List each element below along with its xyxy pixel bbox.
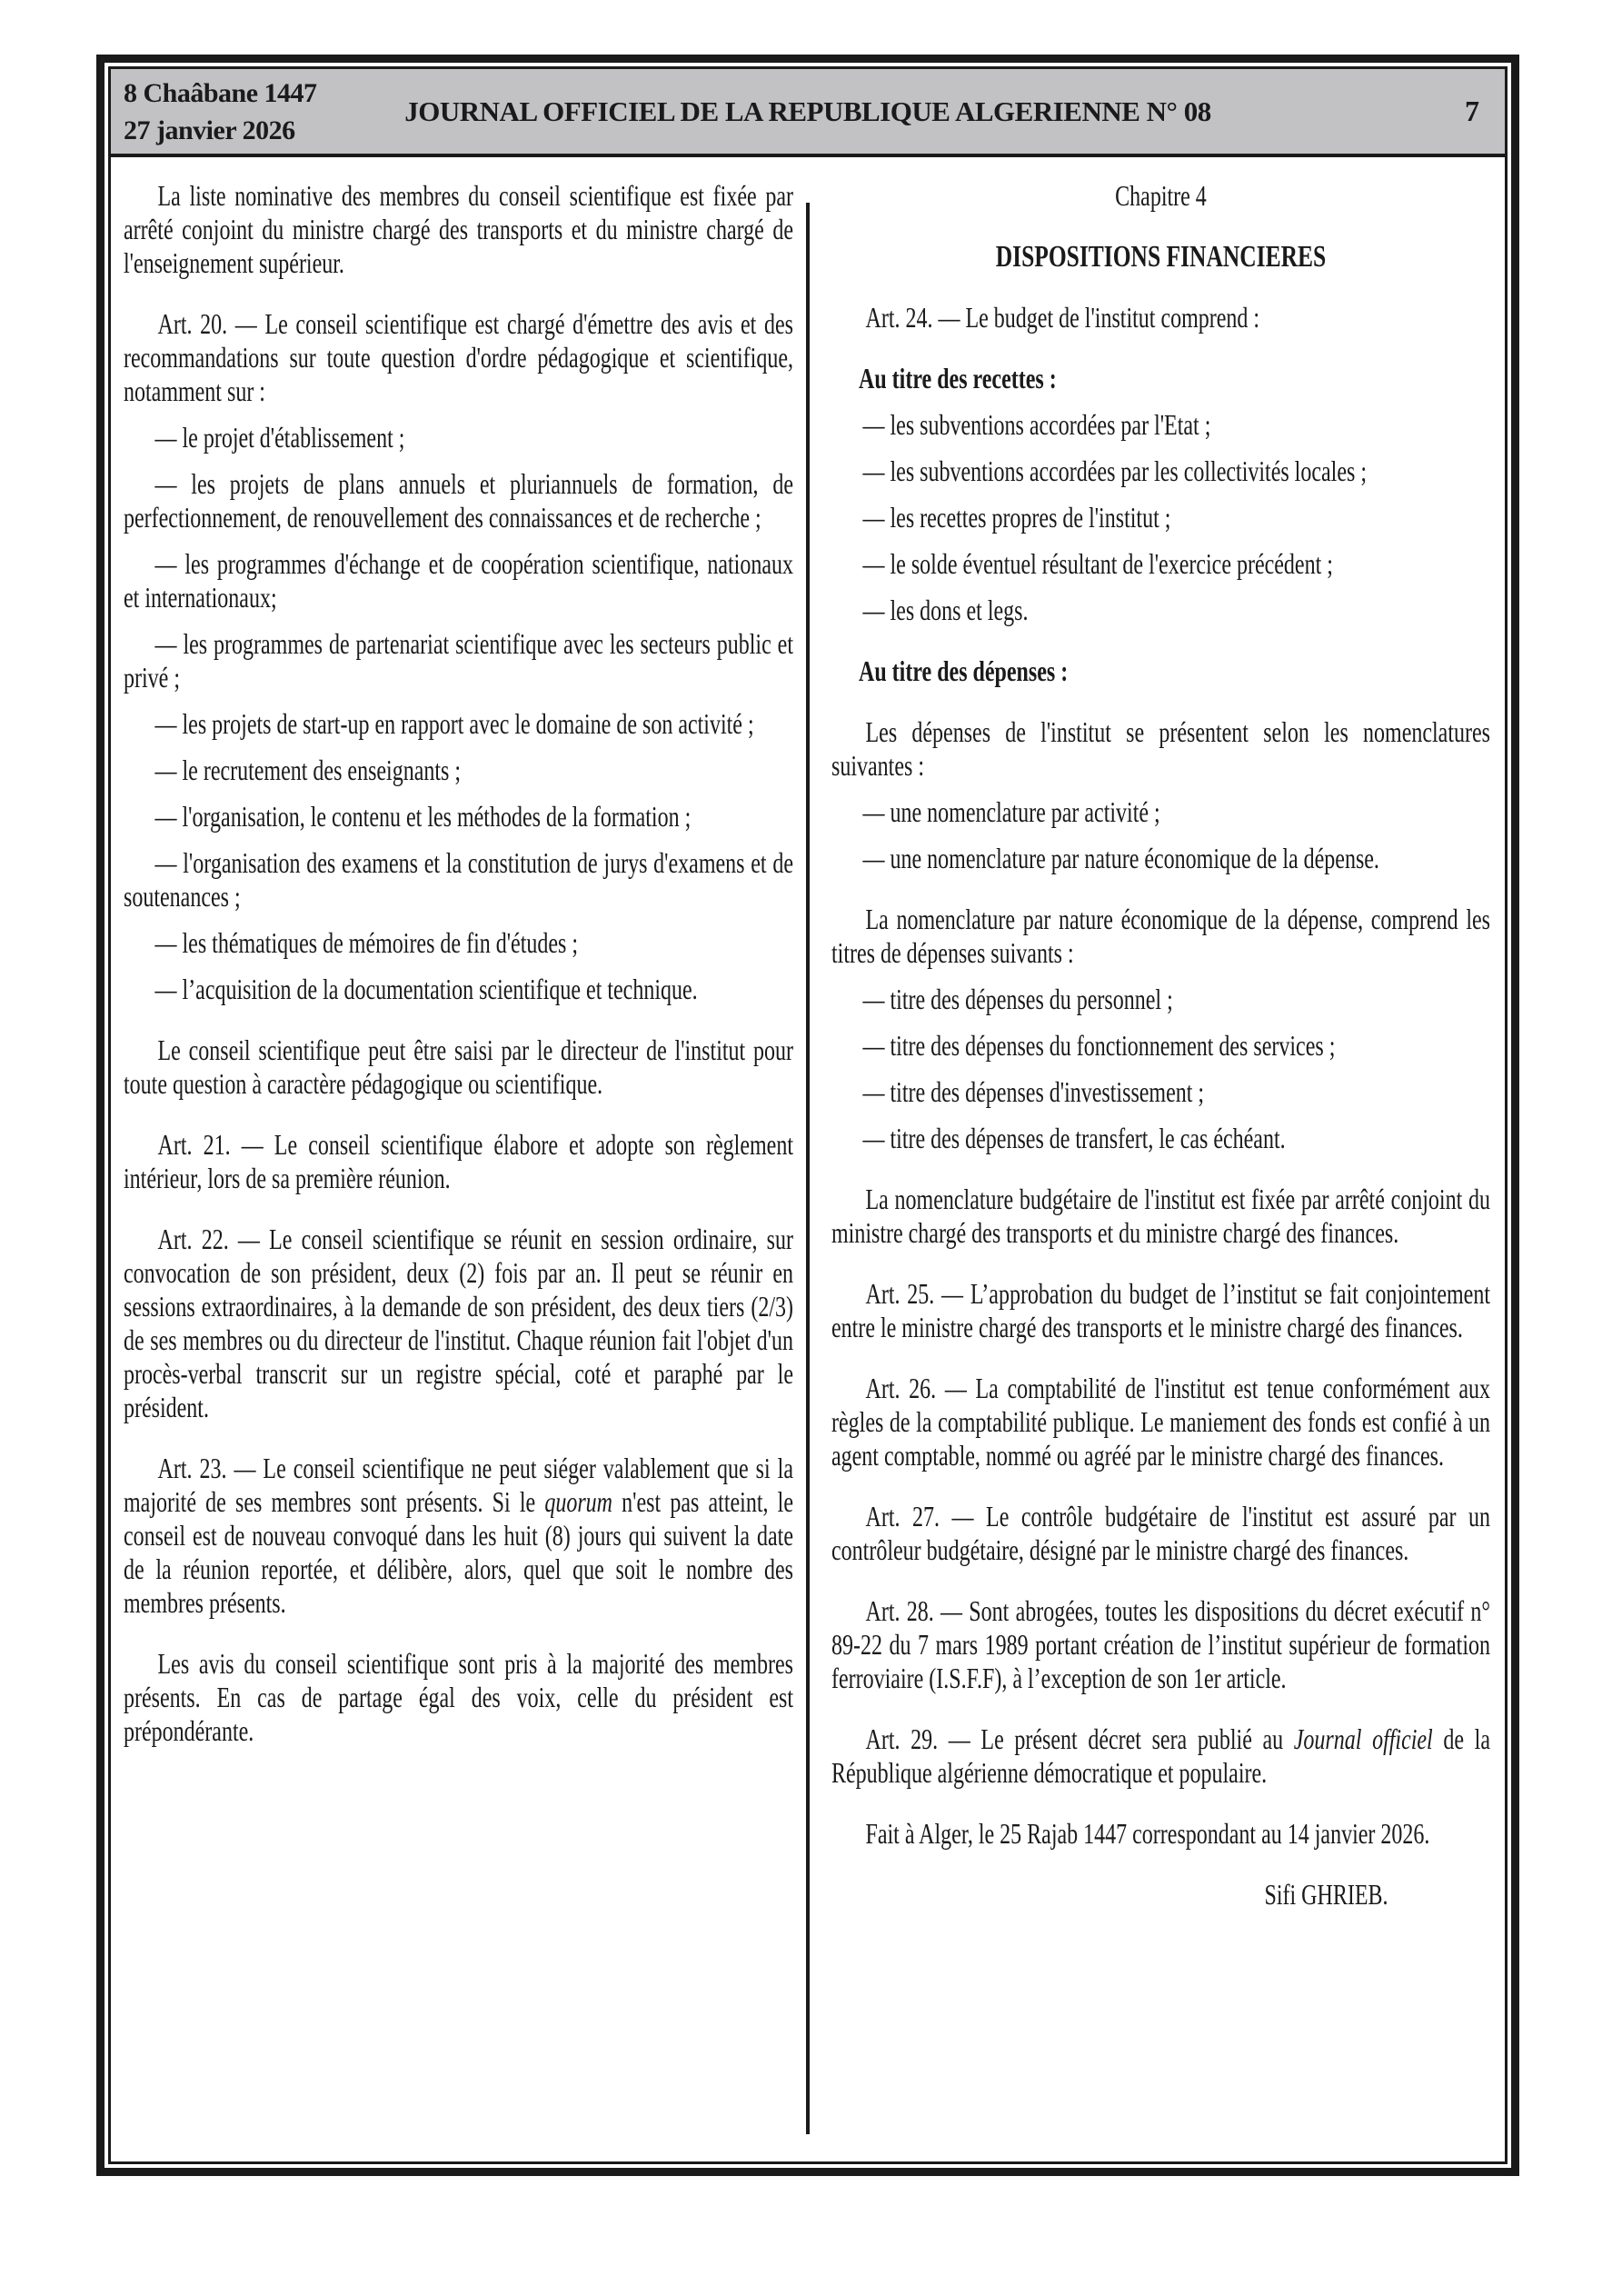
paragraph: La nomenclature budgétaire de l'institut…	[831, 1183, 1490, 1250]
text-run: Art. 26. — La comptabilité de l'institut…	[831, 1372, 1490, 1472]
intro-paragraph: La liste nominative des membres du conse…	[124, 179, 793, 280]
column-divider	[806, 203, 810, 2134]
paragraph: Les avis du conseil scientifique sont pr…	[124, 1647, 793, 1748]
text-run: — les thématiques de mémoires de fin d'é…	[155, 926, 579, 959]
text-run: — l'organisation, le contenu et les méth…	[155, 800, 692, 833]
column-left-text: La liste nominative des membres du conse…	[124, 179, 793, 1748]
text-run: — les recettes propres de l'institut ;	[863, 501, 1171, 534]
text-run: Art. 22. — Le conseil scientifique se ré…	[124, 1223, 793, 1423]
text-run: Art. 29. — Le présent décret sera publié…	[866, 1722, 1294, 1755]
article-26: Art. 26. — La comptabilité de l'institut…	[831, 1372, 1490, 1472]
list-item: — le solde éventuel résultant de l'exerc…	[831, 547, 1490, 581]
text-run: Au titre des recettes :	[859, 362, 1057, 394]
list-item: — l'organisation, le contenu et les méth…	[124, 800, 793, 834]
list-item: — les thématiques de mémoires de fin d'é…	[124, 926, 793, 960]
text-run: Les dépenses de l'institut se présentent…	[831, 715, 1490, 782]
article-28: Art. 28. — Sont abrogées, toutes les dis…	[831, 1594, 1490, 1695]
text-run: — le projet d'établissement ;	[155, 421, 405, 454]
journal-page-inner-frame: 8 Chaâbane 1447 27 janvier 2026 JOURNAL …	[108, 66, 1508, 2164]
journal-title: JOURNAL OFFICIEL DE LA REPUBLIQUE ALGERI…	[111, 95, 1505, 128]
text-run: — les programmes d'échange et de coopéra…	[124, 547, 793, 614]
paragraph: Le conseil scientifique peut être saisi …	[124, 1033, 793, 1101]
text-run: Art. 28. — Sont abrogées, toutes les dis…	[831, 1594, 1490, 1694]
article-20: Art. 20. — Le conseil scientifique est c…	[124, 307, 793, 408]
masthead: 8 Chaâbane 1447 27 janvier 2026 JOURNAL …	[111, 69, 1505, 157]
paragraph: Les dépenses de l'institut se présentent…	[831, 715, 1490, 783]
text-run: Art. 24. — Le budget de l'institut compr…	[866, 301, 1260, 334]
article-27: Art. 27. — Le contrôle budgétaire de l'i…	[831, 1500, 1490, 1567]
column-right: Chapitre 4DISPOSITIONS FINANCIERESArt. 2…	[808, 157, 1505, 2161]
text-run: — le solde éventuel résultant de l'exerc…	[863, 547, 1333, 580]
list-item: — les recettes propres de l'institut ;	[831, 501, 1490, 534]
text-run: Art. 27. — Le contrôle budgétaire de l'i…	[831, 1500, 1490, 1566]
text-run: — les subventions accordées par l'Etat ;	[863, 408, 1211, 441]
text-run: — une nomenclature par nature économique…	[863, 842, 1379, 874]
page-body: La liste nominative des membres du conse…	[111, 157, 1505, 2161]
list-item: — une nomenclature par nature économique…	[831, 842, 1490, 875]
list-item: — les programmes de partenariat scientif…	[124, 627, 793, 694]
column-right-text: Chapitre 4DISPOSITIONS FINANCIERESArt. 2…	[831, 179, 1490, 1912]
chapter-heading: Chapitre 4	[831, 179, 1490, 213]
list-item: — une nomenclature par activité ;	[831, 795, 1490, 829]
article-24: Art. 24. — Le budget de l'institut compr…	[831, 301, 1490, 334]
text-run: — titre des dépenses d'investissement ;	[863, 1075, 1205, 1108]
text-run: — titre des dépenses de transfert, le ca…	[863, 1122, 1286, 1154]
text-run: — une nomenclature par activité ;	[863, 795, 1160, 828]
list-item: — titre des dépenses d'investissement ;	[831, 1075, 1490, 1109]
signature: Sifi GHRIEB.	[831, 1878, 1490, 1912]
text-run: — l’acquisition de la documentation scie…	[155, 973, 698, 1005]
list-item: — les subventions accordées par l'Etat ;	[831, 408, 1490, 442]
italic-text-run: Journal officiel	[1294, 1722, 1433, 1755]
text-run: — les subventions accordées par les coll…	[863, 454, 1367, 487]
column-left: La liste nominative des membres du conse…	[111, 157, 808, 2161]
list-item: — l'organisation des examens et la const…	[124, 846, 793, 913]
text-run: — le recrutement des enseignants ;	[155, 754, 462, 786]
text-run: Sifi GHRIEB.	[1264, 1878, 1388, 1911]
list-item: — titre des dépenses du fonctionnement d…	[831, 1029, 1490, 1063]
list-item: — les projets de start-up en rapport ave…	[124, 707, 793, 741]
text-run: — les projets de start-up en rapport ave…	[155, 707, 754, 740]
article-22: Art. 22. — Le conseil scientifique se ré…	[124, 1223, 793, 1424]
list-item: — titre des dépenses de transfert, le ca…	[831, 1122, 1490, 1155]
list-item: — les programmes d'échange et de coopéra…	[124, 547, 793, 614]
list-item: — le recrutement des enseignants ;	[124, 754, 793, 787]
recettes-label: Au titre des recettes :	[831, 362, 1490, 395]
text-run: — les dons et legs.	[863, 594, 1029, 626]
text-run: — l'organisation des examens et la const…	[124, 846, 793, 913]
text-run: Les avis du conseil scientifique sont pr…	[124, 1647, 793, 1747]
text-run: Art. 21. — Le conseil scientifique élabo…	[124, 1128, 793, 1194]
depenses-label: Au titre des dépenses :	[831, 654, 1490, 688]
date-paragraph: Fait à Alger, le 25 Rajab 1447 correspon…	[831, 1817, 1490, 1851]
text-run: Chapitre 4	[1115, 179, 1207, 212]
gregorian-date: 27 janvier 2026	[124, 112, 317, 149]
text-run: Au titre des dépenses :	[859, 654, 1068, 687]
list-item: — l’acquisition de la documentation scie…	[124, 973, 793, 1006]
text-run: Le conseil scientifique peut être saisi …	[124, 1033, 793, 1100]
list-item: — les dons et legs.	[831, 594, 1490, 627]
journal-page-frame: 8 Chaâbane 1447 27 janvier 2026 JOURNAL …	[96, 55, 1519, 2176]
page-number: 7	[1465, 95, 1505, 128]
article-25: Art. 25. — L’approbation du budget de l’…	[831, 1277, 1490, 1344]
text-run: — les programmes de partenariat scientif…	[124, 627, 793, 694]
text-run: Art. 20. — Le conseil scientifique est c…	[124, 307, 793, 407]
text-run: — titre des dépenses du fonctionnement d…	[863, 1029, 1336, 1062]
article-21: Art. 21. — Le conseil scientifique élabo…	[124, 1128, 793, 1195]
text-run: Art. 25. — L’approbation du budget de l’…	[831, 1277, 1490, 1343]
list-item: — titre des dépenses du personnel ;	[831, 983, 1490, 1016]
text-run: La nomenclature budgétaire de l'institut…	[831, 1183, 1490, 1249]
article-29: Art. 29. — Le présent décret sera publié…	[831, 1722, 1490, 1790]
list-item: — les subventions accordées par les coll…	[831, 454, 1490, 488]
list-item: — le projet d'établissement ;	[124, 421, 793, 454]
text-run: — titre des dépenses du personnel ;	[863, 983, 1173, 1015]
text-run: La nomenclature par nature économique de…	[831, 903, 1490, 969]
list-item: — les projets de plans annuels et pluria…	[124, 467, 793, 534]
hijri-date: 8 Chaâbane 1447	[124, 75, 317, 112]
chapter-title: DISPOSITIONS FINANCIERES	[831, 240, 1490, 274]
masthead-dates: 8 Chaâbane 1447 27 janvier 2026	[111, 75, 317, 149]
italic-text-run: quorum	[544, 1485, 612, 1518]
text-run: — les projets de plans annuels et pluria…	[124, 467, 793, 534]
paragraph: La nomenclature par nature économique de…	[831, 903, 1490, 970]
text-run: Fait à Alger, le 25 Rajab 1447 correspon…	[866, 1817, 1430, 1850]
article-23: Art. 23. — Le conseil scientifique ne pe…	[124, 1452, 793, 1620]
text-run: La liste nominative des membres du conse…	[124, 179, 793, 279]
text-run: DISPOSITIONS FINANCIERES	[996, 240, 1326, 274]
